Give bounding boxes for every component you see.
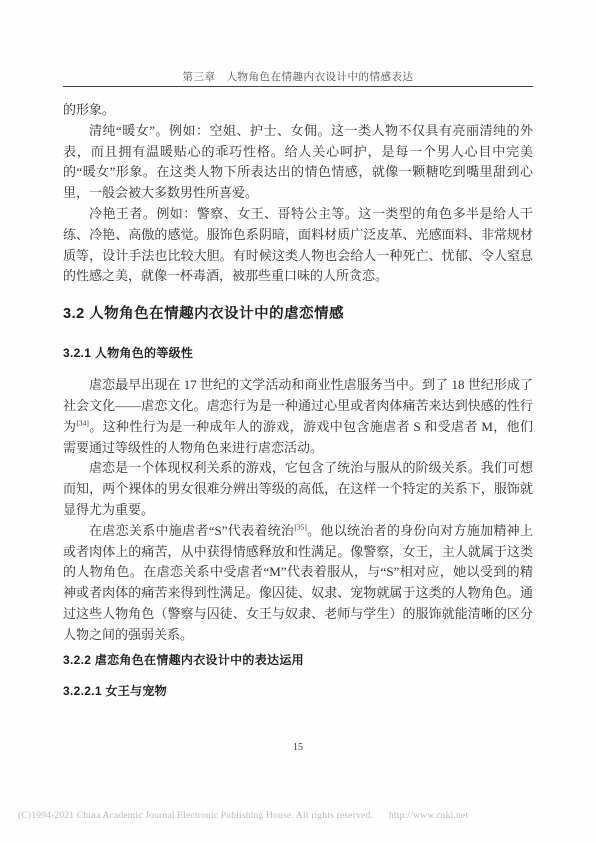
- citation-ref-34: [34]: [76, 418, 89, 427]
- paragraph-power-relation: 虐恋是一个体现权利关系的游戏，它包含了统治与服从的阶级关系。我们可想而知，两个裸…: [63, 458, 533, 520]
- subsection-heading-3-2-2-1: 3.2.2.1 女王与宠物: [63, 683, 533, 700]
- paragraph-warm-girl: 清纯“暖女”。例如：空姐、护士、女佣。这一类人物不仅具有亮丽清纯的外表，而且拥有…: [63, 121, 533, 204]
- section-heading-3-2: 3.2 人物角色在情趣内衣设计中的虐恋情感: [63, 303, 533, 325]
- citation-ref-35: [35]: [294, 522, 307, 531]
- page-body: 的形象。 清纯“暖女”。例如：空姐、护士、女佣。这一类人物不仅具有亮丽清纯的外表…: [63, 100, 533, 700]
- document-page: 第三章人物角色在情趣内衣设计中的情感表达 的形象。 清纯“暖女”。例如：空姐、护…: [0, 0, 596, 843]
- paragraph-s-and-m: 在虐恋关系中施虐者“S”代表着统治[35]。他以统治者的身份向对方施加精神上或者…: [63, 521, 533, 646]
- header-rule: [63, 86, 533, 87]
- copyright-text: (C)1994-2021 China Academic Journal Elec…: [18, 811, 373, 821]
- text-run: 在虐恋关系中施虐者“S”代表着统治: [89, 523, 294, 538]
- text-run: 。这种性行为是一种成年人的游戏，游戏中包含施虐者 S 和受虐者 M，他们需要通过…: [63, 419, 533, 455]
- running-header-title: 人物角色在情趣内衣设计中的情感表达: [227, 72, 414, 83]
- running-header: 第三章人物角色在情趣内衣设计中的情感表达: [0, 71, 596, 85]
- running-header-chapter: 第三章: [183, 72, 216, 83]
- copyright-footer: (C)1994-2021 China Academic Journal Elec…: [18, 810, 588, 823]
- paragraph-continuation: 的形象。: [63, 100, 533, 121]
- text-run: 。他以统治者的身份向对方施加精神上或者肉体上的痛苦，从中获得情感释放和性满足。像…: [63, 523, 533, 642]
- page-number: 15: [0, 741, 596, 755]
- footer-url: http://www.cnki.net: [389, 811, 468, 821]
- paragraph-sm-history: 虐恋最早出现在 17 世纪的文学活动和商业性虐服务当中。到了 18 世纪形成了社…: [63, 375, 533, 458]
- subsection-heading-3-2-1: 3.2.1 人物角色的等级性: [63, 345, 533, 362]
- subsection-heading-3-2-2: 3.2.2 虐恋角色在情趣内衣设计中的表达运用: [63, 652, 533, 669]
- paragraph-cold-queen: 冷艳王者。例如：警察、女王、哥特公主等。这一类型的角色多半是给人干练、冷艳、高傲…: [63, 204, 533, 287]
